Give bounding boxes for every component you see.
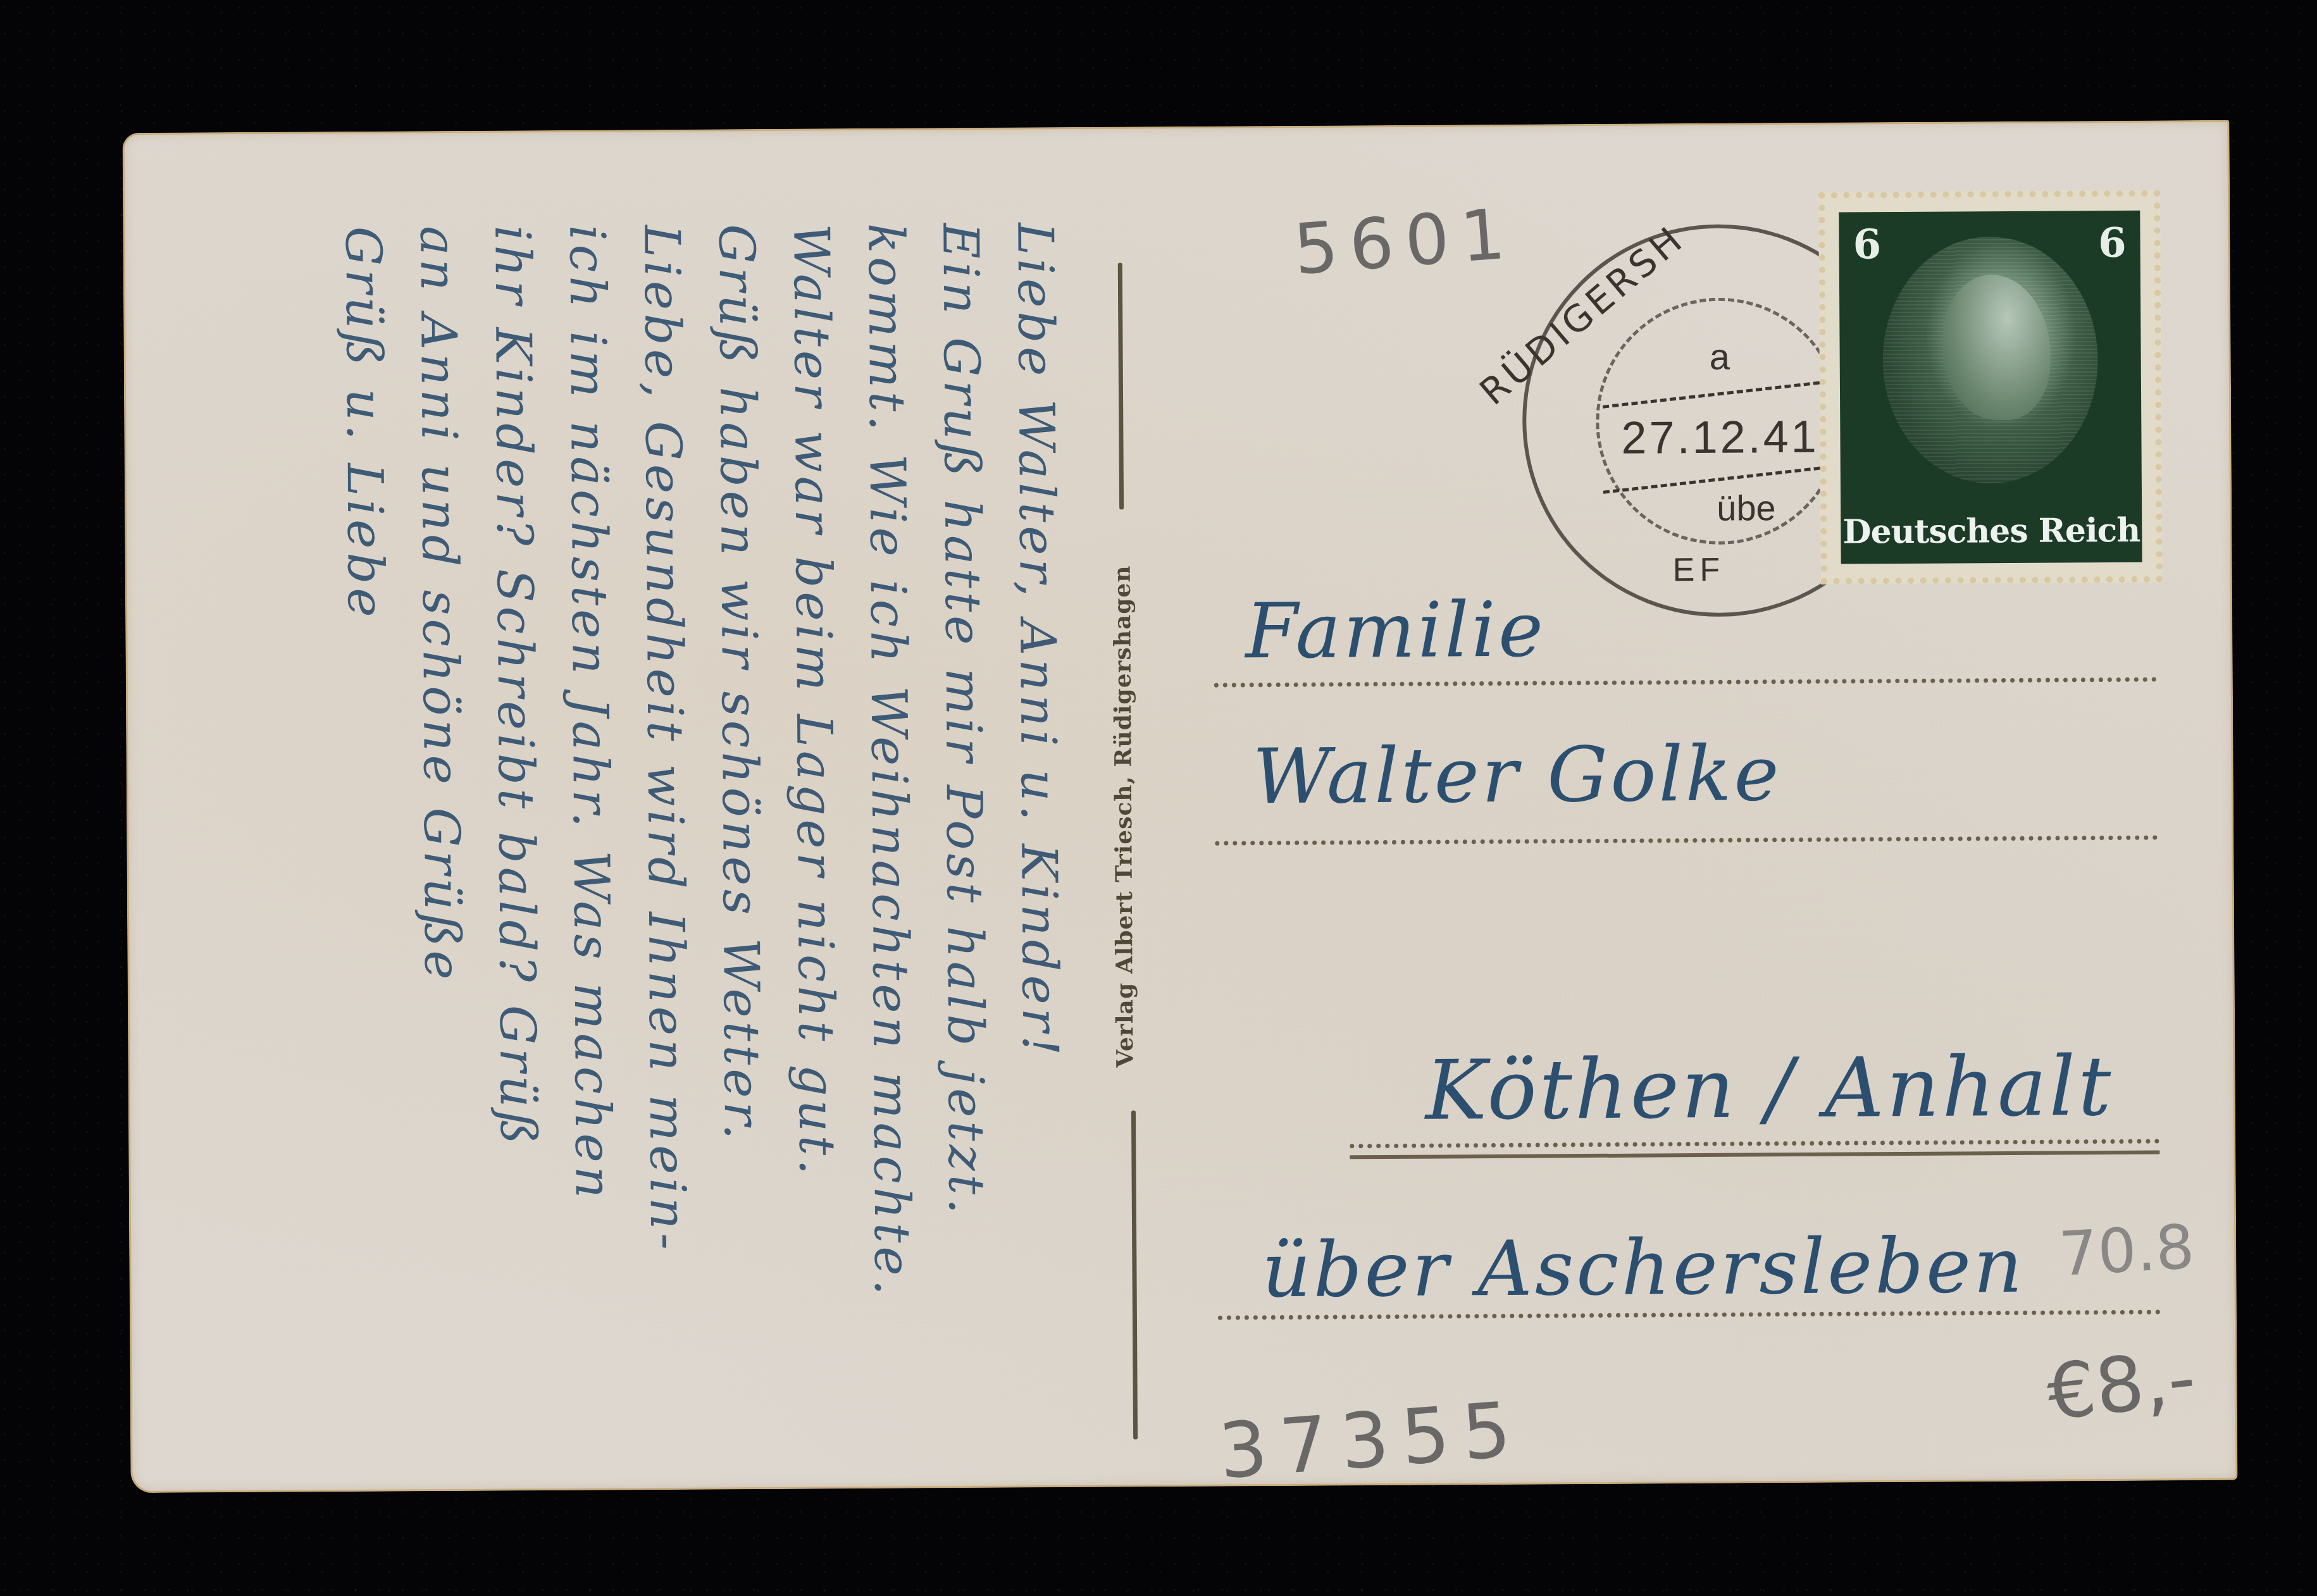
message-line: Grüß haben wir schönes Wetter.: [699, 224, 780, 1407]
head-silhouette-icon: [1942, 275, 2051, 421]
message-line: Walter war beim Lager nicht gut.: [773, 223, 855, 1407]
publisher-imprint: Verlag Albert Triesch, Rüdigershagen: [1109, 531, 1143, 1101]
message-line: an Anni und schöne Grüße: [400, 226, 481, 1409]
postmark-sub: übe: [1717, 487, 1776, 529]
message-line: ich im nächsten Jahr. Was machen: [549, 225, 631, 1408]
address-line-1: Familie: [1245, 586, 1546, 676]
divider-line-bottom: [1131, 1110, 1138, 1439]
divider-line-top: [1118, 263, 1124, 510]
address-rule-solid: [1350, 1151, 2159, 1160]
address-line-2: Walter Golke: [1252, 730, 1782, 821]
pencil-inventory-number: 5601: [1291, 193, 1519, 290]
stamp-country-label: Deutsches Reich: [1841, 511, 2142, 552]
postage-stamp: 6 6 Deutsches Reich: [1818, 190, 2163, 585]
stamp-face: 6 6 Deutsches Reich: [1839, 211, 2142, 564]
stamp-value-left: 6: [1853, 221, 1881, 268]
address-line-4: über Aschersleben: [1262, 1222, 2025, 1315]
pencil-catalog-number: 37355: [1216, 1385, 1527, 1496]
message-line: Grüß u. Liebe: [325, 226, 407, 1410]
address-rule: [1215, 836, 2158, 846]
pencil-code: 70.8: [2057, 1211, 2196, 1290]
message-line: Liebe Walter, Anni u. Kinder!: [997, 222, 1079, 1406]
address-rule: [1214, 677, 2157, 688]
address-line-3: Köthen / Anhalt: [1425, 1038, 2114, 1139]
portrait-icon: [1882, 236, 2099, 484]
postcard: Liebe Walter, Anni u. Kinder! Ein Gruß h…: [122, 120, 2237, 1493]
message-line: Liebe, Gesundheit wird Ihnen mein-: [624, 225, 705, 1408]
message-line: Ein Gruß hatte mir Post halb jetzt.: [922, 223, 1004, 1406]
stamp-value-right: 6: [2098, 220, 2127, 267]
pencil-price: €8,-: [2043, 1333, 2200, 1437]
message-line: ihr Kinder? Schreibt bald? Grüß: [475, 225, 556, 1409]
postmark-bottom: EF: [1673, 551, 1725, 590]
postmark-letter: a: [1709, 336, 1730, 378]
handwritten-message: Liebe Walter, Anni u. Kinder! Ein Gruß h…: [161, 184, 1105, 1449]
message-line: kommt. Wie ich Weihnachten machte.: [848, 223, 929, 1406]
postmark-date: 27.12.41: [1621, 411, 1819, 464]
message-area: Liebe Walter, Anni u. Kinder! Ein Gruß h…: [161, 184, 1105, 1449]
address-rule: [1350, 1139, 2159, 1149]
